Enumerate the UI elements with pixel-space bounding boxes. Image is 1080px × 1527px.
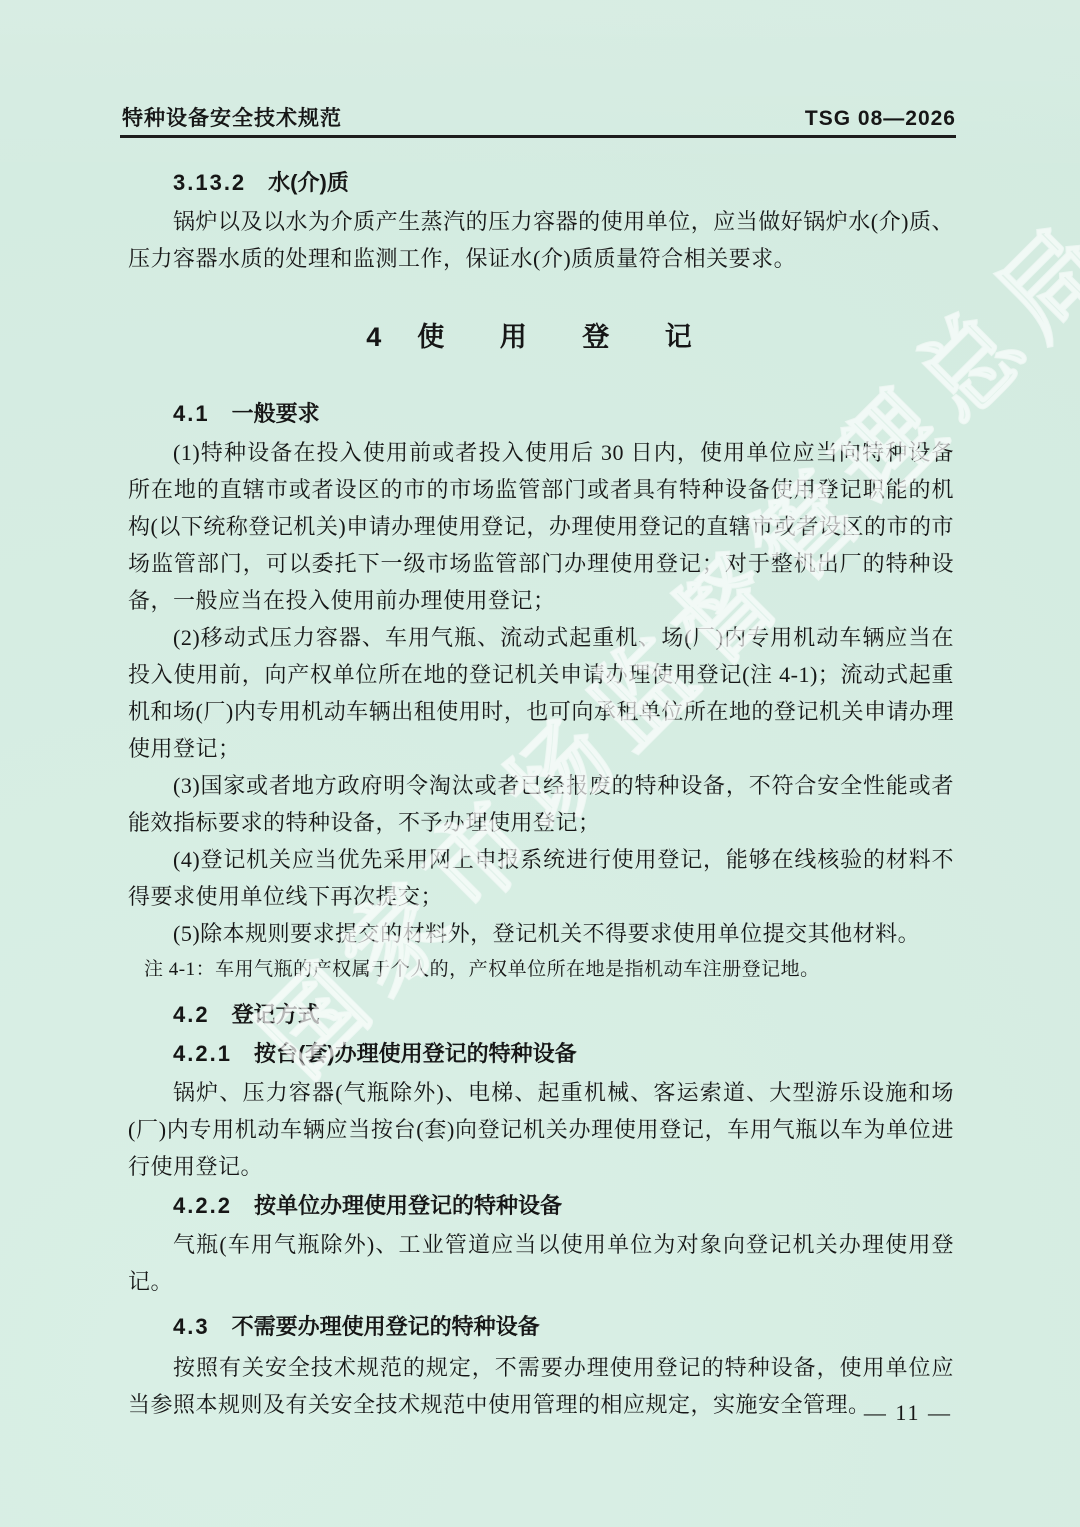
- section-title: 按台(套)办理使用登记的特种设备: [254, 1041, 577, 1066]
- section-heading-3-13-2: 3.13.2水(介)质: [128, 164, 954, 201]
- header-spec-title: 特种设备安全技术规范: [122, 106, 342, 132]
- header-rule: [120, 135, 956, 138]
- section-heading-4-2: 4.2登记方式: [128, 996, 954, 1033]
- chapter-number: 4: [366, 322, 381, 352]
- section-heading-4-1: 4.1一般要求: [128, 395, 954, 432]
- section-title: 一般要求: [232, 401, 320, 426]
- page-header: 特种设备安全技术规范 TSG 08—2026: [122, 106, 956, 132]
- chapter-title-text: 使 用 登 记: [417, 322, 716, 352]
- paragraph-4-2-2-body: 气瓶(车用气瓶除外)、工业管道应当以使用单位为对象向登记机关办理使用登记。: [128, 1226, 954, 1300]
- section-title: 不需要办理使用登记的特种设备: [232, 1314, 540, 1339]
- section-title: 水(介)质: [268, 170, 349, 195]
- document-content: 3.13.2水(介)质 锅炉以及以水为介质产生蒸汽的压力容器的使用单位，应当做好…: [128, 158, 954, 1423]
- header-document-code: TSG 08—2026: [805, 106, 956, 132]
- paragraph-water-quality: 锅炉以及以水为介质产生蒸汽的压力容器的使用单位，应当做好锅炉水(介)质、压力容器…: [128, 203, 954, 277]
- paragraph-item-5: (5)除本规则要求提交的材料外，登记机关不得要求使用单位提交其他材料。: [128, 915, 954, 952]
- section-title: 登记方式: [232, 1002, 320, 1027]
- section-heading-4-2-1: 4.2.1按台(套)办理使用登记的特种设备: [128, 1035, 954, 1072]
- section-number: 4.2.1: [173, 1041, 232, 1066]
- section-heading-4-2-2: 4.2.2按单位办理使用登记的特种设备: [128, 1187, 954, 1224]
- section-number: 4.1: [173, 401, 210, 426]
- section-number: 3.13.2: [173, 170, 246, 195]
- paragraph-item-4: (4)登记机关应当优先采用网上申报系统进行使用登记，能够在线核验的材料不得要求使…: [128, 841, 954, 915]
- footnote-4-1: 注 4-1：车用气瓶的产权属于个人的，产权单位所在地是指机动车注册登记地。: [128, 952, 954, 988]
- page-number: — 11 —: [864, 1400, 952, 1426]
- section-number: 4.2: [173, 1002, 210, 1027]
- section-title: 按单位办理使用登记的特种设备: [254, 1193, 562, 1218]
- section-number: 4.2.2: [173, 1193, 232, 1218]
- paragraph-item-3: (3)国家或者地方政府明令淘汰或者已经报废的特种设备，不符合安全性能或者能效指标…: [128, 767, 954, 841]
- paragraph-4-3-body: 按照有关安全技术规范的规定，不需要办理使用登记的特种设备，使用单位应当参照本规则…: [128, 1349, 954, 1423]
- section-number: 4.3: [173, 1314, 210, 1339]
- section-heading-4-3: 4.3不需要办理使用登记的特种设备: [128, 1308, 954, 1345]
- paragraph-item-2: (2)移动式压力容器、车用气瓶、流动式起重机、场(厂)内专用机动车辆应当在投入使…: [128, 619, 954, 767]
- paragraph-item-1: (1)特种设备在投入使用前或者投入使用后 30 日内，使用单位应当向特种设备所在…: [128, 434, 954, 619]
- chapter-title-4: 4使 用 登 记: [128, 317, 954, 357]
- paragraph-4-2-1-body: 锅炉、压力容器(气瓶除外)、电梯、起重机械、客运索道、大型游乐设施和场(厂)内专…: [128, 1074, 954, 1185]
